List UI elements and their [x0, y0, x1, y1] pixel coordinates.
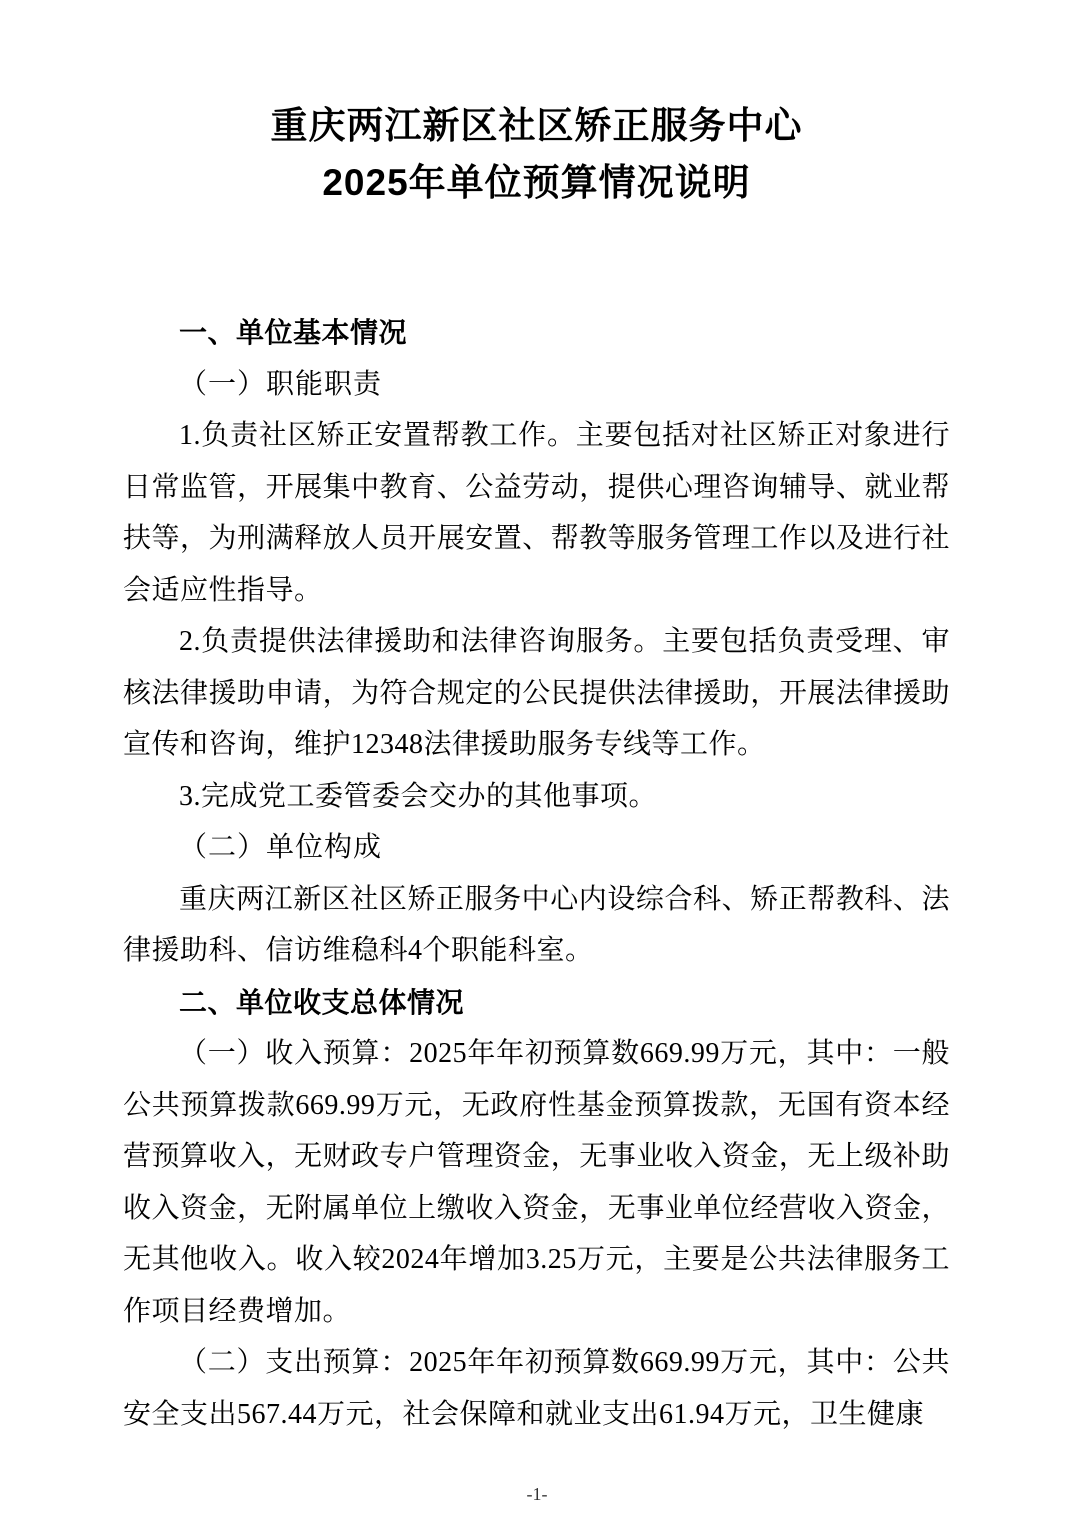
paragraph-income-budget: （一）收入预算：2025年年初预算数669.99万元，其中：一般公共预算拨款66…: [123, 1028, 950, 1337]
document-title: 重庆两江新区社区矫正服务中心 2025年单位预算情况说明: [123, 97, 950, 211]
document-page: 重庆两江新区社区矫正服务中心 2025年单位预算情况说明 一、单位基本情况 （一…: [0, 0, 1074, 1520]
paragraph-composition: 重庆两江新区社区矫正服务中心内设综合科、矫正帮教科、法律援助科、信访维稳科4个职…: [123, 874, 950, 977]
subsection-heading-composition: （二）单位构成: [123, 822, 950, 874]
paragraph-expenditure-budget: （二）支出预算：2025年年初预算数669.99万元，其中：公共安全支出567.…: [123, 1337, 950, 1440]
section-heading-basic-info: 一、单位基本情况: [123, 307, 950, 359]
paragraph-duty-2: 2.负责提供法律援助和法律咨询服务。主要包括负责受理、审核法律援助申请，为符合规…: [123, 616, 950, 771]
subsection-heading-duties: （一）职能职责: [123, 359, 950, 411]
paragraph-duty-1: 1.负责社区矫正安置帮教工作。主要包括对社区矫正对象进行日常监管，开展集中教育、…: [123, 410, 950, 616]
section-heading-budget-overview: 二、单位收支总体情况: [123, 977, 950, 1029]
paragraph-duty-3: 3.完成党工委管委会交办的其他事项。: [123, 771, 950, 823]
document-title-line2: 2025年单位预算情况说明: [123, 154, 950, 211]
document-title-line1: 重庆两江新区社区矫正服务中心: [123, 97, 950, 154]
document-content: 重庆两江新区社区矫正服务中心 2025年单位预算情况说明 一、单位基本情况 （一…: [0, 0, 1074, 1440]
page-number: -1-: [0, 1484, 1074, 1505]
document-body: 一、单位基本情况 （一）职能职责 1.负责社区矫正安置帮教工作。主要包括对社区矫…: [123, 307, 950, 1440]
